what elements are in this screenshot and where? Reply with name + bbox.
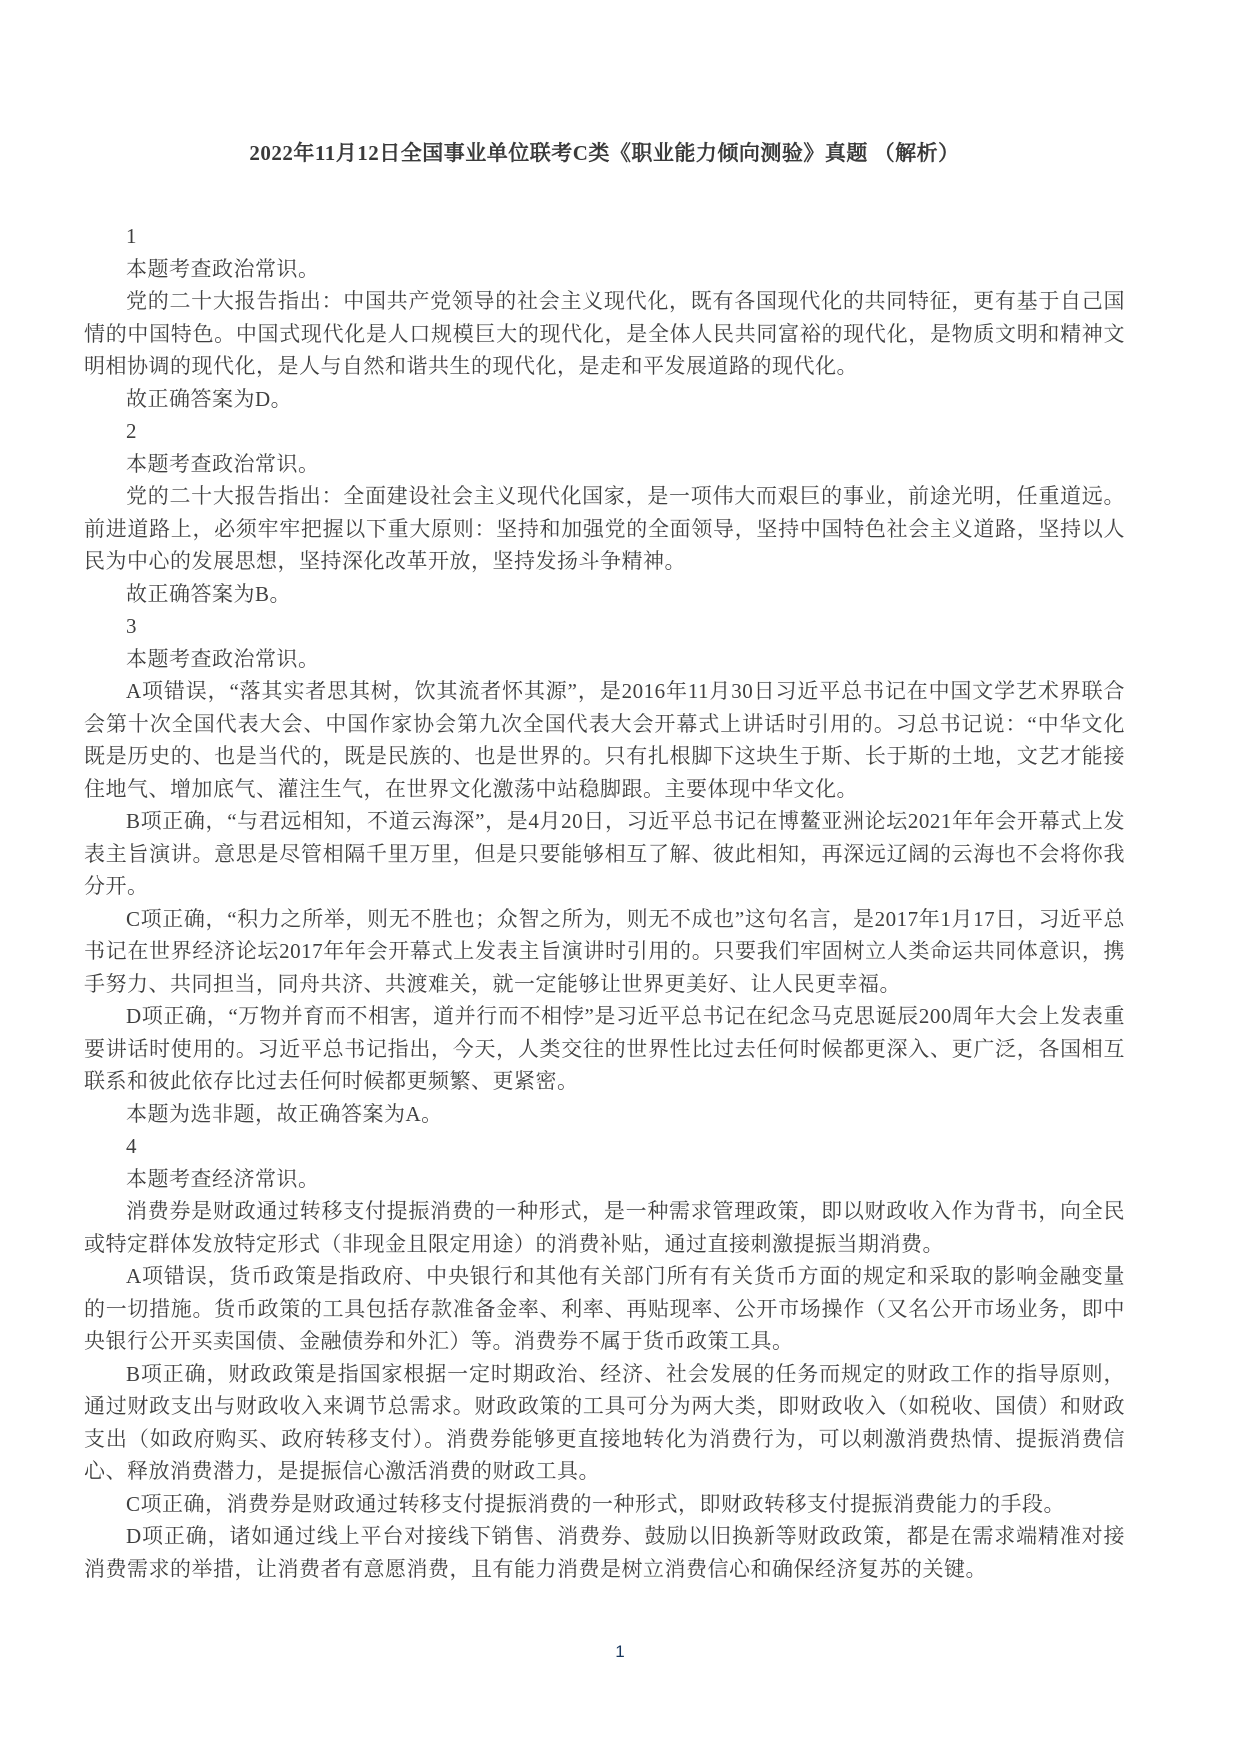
question-number: 3 [84, 610, 1125, 643]
explanation-paragraph: A项错误，货币政策是指政府、中央银行和其他有关部门所有有关货币方面的规定和采取的… [84, 1260, 1125, 1358]
explanation-paragraph: D项正确，诸如通过线上平台对接线下销售、消费券、鼓励以旧换新等财政政策，都是在需… [84, 1520, 1125, 1585]
answer-section-4: 4本题考查经济常识。消费券是财政通过转移支付提振消费的一种形式，是一种需求管理政… [84, 1130, 1125, 1585]
explanation-paragraph: B项正确，“与君远相知，不道云海深”，是4月20日，习近平总书记在博鳌亚洲论坛2… [84, 805, 1125, 903]
explanation-paragraph: B项正确，财政政策是指国家根据一定时期政治、经济、社会发展的任务而规定的财政工作… [84, 1358, 1125, 1488]
explanation-paragraph: C项正确，“积力之所举，则无不胜也；众智之所为，则无不成也”这句名言，是2017… [84, 903, 1125, 1001]
explanation-paragraph: 本题考查政治常识。 [84, 448, 1125, 481]
question-number: 2 [84, 415, 1125, 448]
answer-sections: 1本题考查政治常识。党的二十大报告指出：中国共产党领导的社会主义现代化，既有各国… [84, 220, 1125, 1585]
explanation-paragraph: D项正确，“万物并育而不相害，道并行而不相悖”是习近平总书记在纪念马克思诞辰20… [84, 1000, 1125, 1098]
explanation-paragraph: 故正确答案为B。 [84, 578, 1125, 611]
explanation-paragraph: C项正确，消费券是财政通过转移支付提振消费的一种形式，即财政转移支付提振消费能力… [84, 1488, 1125, 1521]
page-number: 1 [0, 1642, 1240, 1662]
answer-section-1: 1本题考查政治常识。党的二十大报告指出：中国共产党领导的社会主义现代化，既有各国… [84, 220, 1125, 415]
document-title: 2022年11月12日全国事业单位联考C类《职业能力倾向测验》真题 （解析） [84, 140, 1125, 166]
question-number: 4 [84, 1130, 1125, 1163]
explanation-paragraph: 消费券是财政通过转移支付提振消费的一种形式，是一种需求管理政策，即以财政收入作为… [84, 1195, 1125, 1260]
explanation-paragraph: A项错误，“落其实者思其树，饮其流者怀其源”，是2016年11月30日习近平总书… [84, 675, 1125, 805]
question-number: 1 [84, 220, 1125, 253]
answer-section-2: 2本题考查政治常识。党的二十大报告指出：全面建设社会主义现代化国家，是一项伟大而… [84, 415, 1125, 610]
explanation-paragraph: 故正确答案为D。 [84, 383, 1125, 416]
explanation-paragraph: 党的二十大报告指出：全面建设社会主义现代化国家，是一项伟大而艰巨的事业，前途光明… [84, 480, 1125, 578]
explanation-paragraph: 本题考查政治常识。 [84, 253, 1125, 286]
explanation-paragraph: 党的二十大报告指出：中国共产党领导的社会主义现代化，既有各国现代化的共同特征，更… [84, 285, 1125, 383]
explanation-paragraph: 本题考查经济常识。 [84, 1163, 1125, 1196]
answer-section-3: 3本题考查政治常识。A项错误，“落其实者思其树，饮其流者怀其源”，是2016年1… [84, 610, 1125, 1130]
explanation-paragraph: 本题考查政治常识。 [84, 643, 1125, 676]
document-page: 2022年11月12日全国事业单位联考C类《职业能力倾向测验》真题 （解析） 1… [0, 0, 1240, 1754]
explanation-paragraph: 本题为选非题，故正确答案为A。 [84, 1098, 1125, 1131]
